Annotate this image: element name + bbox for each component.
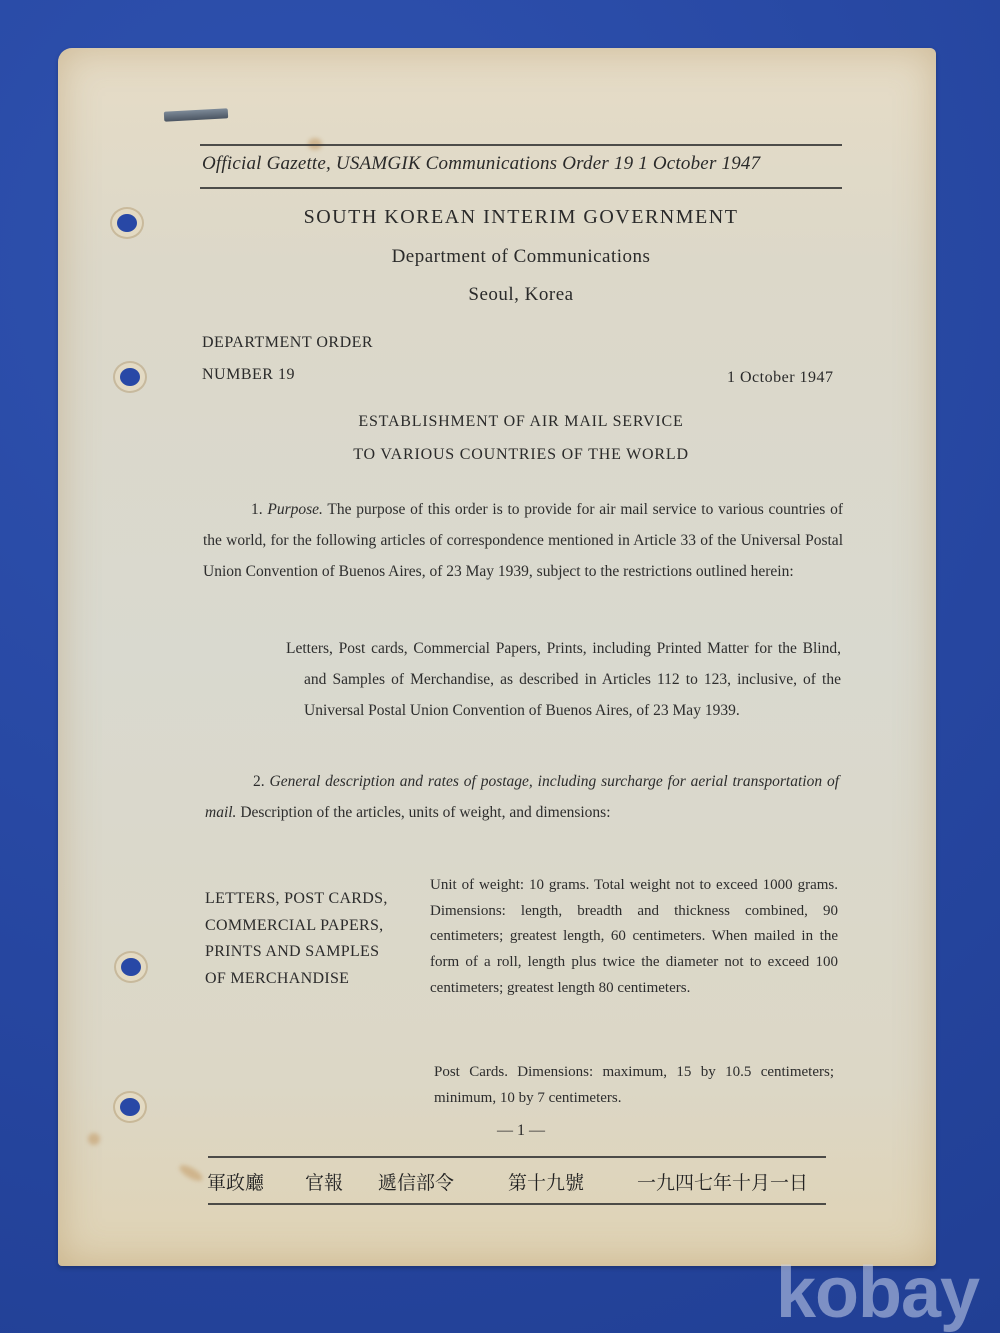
footer-rule-top: [208, 1156, 826, 1158]
order-title-line-2: TO VARIOUS COUNTRIES OF THE WORLD: [200, 446, 842, 464]
footer-cjk-date: 一九四七年十月一日: [637, 1168, 808, 1195]
footer-cjk-agency: 軍政廳: [207, 1168, 264, 1195]
item-label: LETTERS, POST CARDS, COMMERCIAL PAPERS, …: [205, 886, 415, 992]
location: Seoul, Korea: [200, 284, 842, 306]
order-date: 1 October 1947: [727, 369, 834, 387]
punch-hole-icon: [120, 1098, 140, 1116]
footer-cjk-number: 第十九號: [508, 1168, 584, 1195]
header-rule-top: [200, 144, 842, 146]
section-1-paragraph: 1. Purpose. The purpose of this order is…: [203, 494, 843, 587]
page-number: — 1 —: [200, 1122, 842, 1140]
item-label-line: PRINTS AND SAMPLES: [205, 939, 415, 966]
section-1-heading: Purpose.: [267, 501, 323, 518]
running-header: Official Gazette, USAMGIK Communications…: [202, 153, 760, 175]
item-label-line: OF MERCHANDISE: [205, 966, 415, 993]
stain: [177, 1162, 205, 1184]
item-label-line: LETTERS, POST CARDS,: [205, 886, 415, 913]
section-2-text: Description of the articles, units of we…: [240, 804, 610, 821]
footer-rule-bottom: [208, 1203, 826, 1205]
punch-hole-icon: [120, 368, 140, 386]
order-type: DEPARTMENT ORDER: [202, 334, 373, 352]
footer-cjk-gazette: 官報: [305, 1168, 343, 1195]
government-name: SOUTH KOREAN INTERIM GOVERNMENT: [200, 206, 842, 229]
stain: [88, 1133, 100, 1145]
section-2-number: 2.: [253, 773, 265, 790]
item-description: Unit of weight: 10 grams. Total weight n…: [430, 873, 838, 1002]
department-name: Department of Communications: [200, 246, 842, 268]
footer-cjk-order: 遞信部令: [378, 1168, 454, 1195]
section-1-number: 1.: [251, 501, 263, 518]
item-label-line: COMMERCIAL PAPERS,: [205, 913, 415, 940]
header-rule-bottom: [200, 187, 842, 189]
post-cards-description: Post Cards. Dimensions: maximum, 15 by 1…: [434, 1060, 834, 1111]
order-title-line-1: ESTABLISHMENT OF AIR MAIL SERVICE: [200, 413, 842, 431]
section-1-articles: Letters, Post cards, Commercial Papers, …: [304, 633, 841, 726]
order-number: NUMBER 19: [202, 366, 295, 384]
punch-hole-icon: [121, 958, 141, 976]
watermark-logo: kobay: [776, 1252, 979, 1333]
punch-hole-icon: [117, 214, 137, 232]
section-2-paragraph: 2. General description and rates of post…: [205, 766, 839, 828]
